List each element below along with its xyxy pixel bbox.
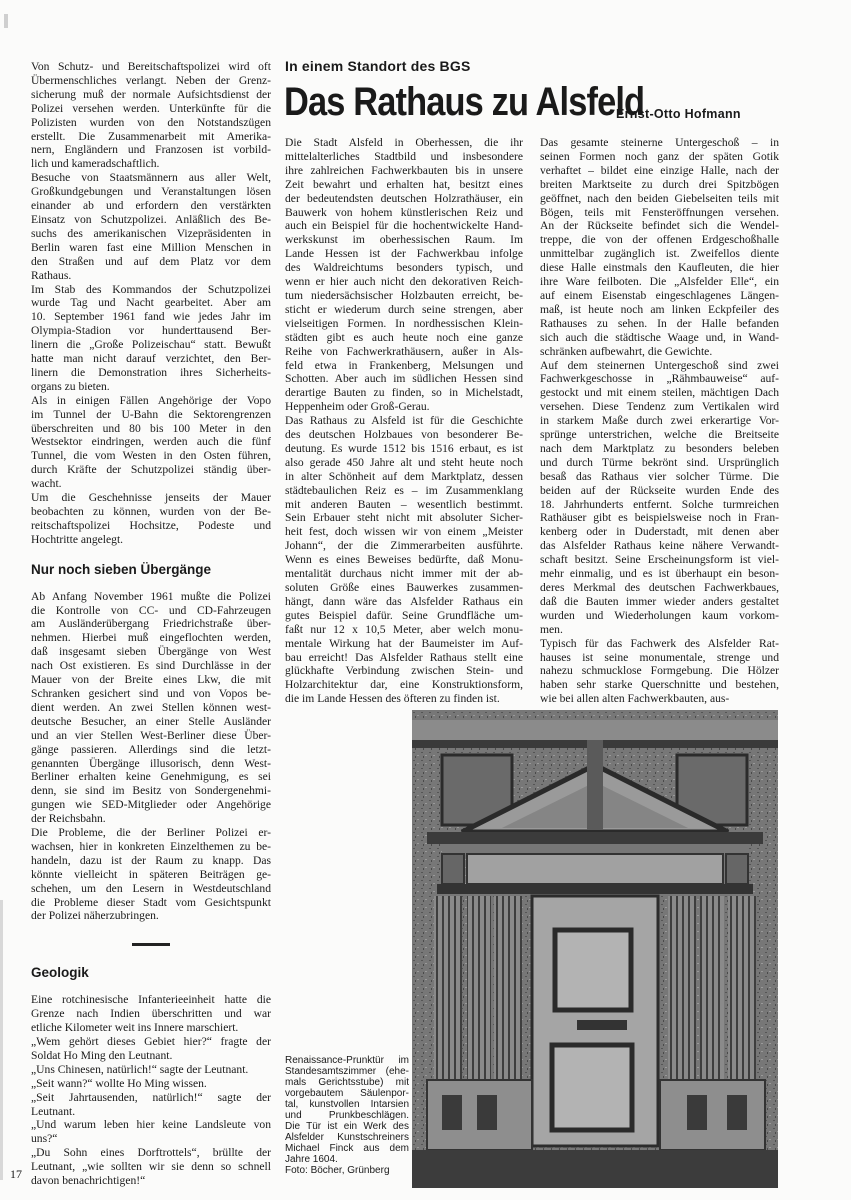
paragraph: Ab Anfang November 1961 mußte die Polize… xyxy=(31,590,271,826)
right-paragraphs: Das gesamte steinerne Untergeschoß – ins… xyxy=(540,136,779,706)
text-line: einander ab und erfordern den verstärkte… xyxy=(31,199,271,213)
text-line: ihre Ware feilboten. Die „Alsfelder Elle… xyxy=(540,275,779,289)
text-line: linern die „Große Polizeischau“ statt. B… xyxy=(31,338,271,352)
text-line: vielseitigen Formen. In nordhessischen K… xyxy=(285,317,523,331)
text-line: Schranken gesichert sind und von Vopos b… xyxy=(31,687,271,701)
paragraph: Um die Geschehnisse jenseits der Mauerbe… xyxy=(31,491,271,547)
text-line: schränken aufbewahrt, die Gewichte. xyxy=(540,345,779,359)
text-line: Das Rathaus zu Alsfeld ist für die Gesch… xyxy=(285,414,523,428)
text-line: Zeit bewahrt und erhalten hat, besitzt e… xyxy=(285,178,523,192)
text-line: unmittelbar zugänglich ist. Zweifellos d… xyxy=(540,247,779,261)
text-line: Das gesamte steinerne Untergeschoß – in xyxy=(540,136,779,150)
renaissance-door-photo xyxy=(412,710,778,1188)
text-line: überschreiten und 80 bis 100 Meter in de… xyxy=(31,422,271,436)
text-line: beiden auf der Rückseite wurden Ende des xyxy=(540,484,779,498)
text-line: Soldat Ho Ming den Leutnant. xyxy=(31,1049,271,1063)
paragraph: Typisch für das Fachwerk des Alsfelder R… xyxy=(540,637,779,707)
text-line: Polizei versehen werden. Unterkünfte für… xyxy=(31,102,271,116)
text-line: seinen Formen noch ganz der späten Gotik xyxy=(540,150,779,164)
text-line: der Reichsbahn. xyxy=(31,812,271,826)
text-line: mentale Wirkung hat der Baumeister im Au… xyxy=(285,637,523,651)
text-line: glückhafte Verbindung zwischen Stein- un… xyxy=(285,664,523,678)
text-line: haben sehr starke Querschnitte und beste… xyxy=(540,678,779,692)
paragraph: „Und warum leben hier keine Landsleute v… xyxy=(31,1118,271,1146)
text-line: und an vier Stellen West-Berliner diese … xyxy=(31,729,271,743)
text-line: sich auch die städtische Waage und, in W… xyxy=(540,331,779,345)
text-line: wacht. xyxy=(31,477,271,491)
door-illustration-icon xyxy=(412,710,778,1188)
text-line: Bögen, teils mit Fensteröffnungen verseh… xyxy=(540,206,779,220)
uebergaenge-paragraphs: Ab Anfang November 1961 mußte die Polize… xyxy=(31,590,271,924)
text-line: sprünge unterstrichen, welche die Breits… xyxy=(540,428,779,442)
left-column: Von Schutz- und Bereitschaftspolizei wir… xyxy=(31,60,271,1188)
text-line: deutsche Besucher, an einer Stelle Auslä… xyxy=(31,715,271,729)
text-line: im Tunnel der U-Bahn die Sektorengrenzen xyxy=(31,408,271,422)
intro-paragraphs: Von Schutz- und Bereitschaftspolizei wir… xyxy=(31,60,271,547)
text-line: Fachwerkgeschosse in „Rähmbauweise“ auf- xyxy=(540,372,779,386)
text-line: hängt, dann wäre das Alsfelder Rathaus e… xyxy=(285,595,523,609)
text-line: Heppenheim oder Groß-Gerau. xyxy=(285,400,523,414)
text-line: gungen wie SED-Mitglieder oder Angehörig… xyxy=(31,798,271,812)
text-line: sticht er wiederum durch seine strengen,… xyxy=(285,303,523,317)
paragraph: Das Rathaus zu Alsfeld ist für die Gesch… xyxy=(285,414,523,706)
text-line: gänge passieren. Allerdings sind die let… xyxy=(31,743,271,757)
paragraph: Die Stadt Alsfeld in Oberhessen, die ihr… xyxy=(285,136,523,414)
text-line: des Waldreichtums besonders typisch, und xyxy=(285,261,523,275)
text-line: die Probleme dieser Stadt vom Gesichtspu… xyxy=(31,896,271,910)
text-line: men. xyxy=(540,623,779,637)
text-line: „Wem gehört dieses Gebiet hier?“ fragte … xyxy=(31,1035,271,1049)
text-line: Besuche von Staatsmännern aus aller Welt… xyxy=(31,171,271,185)
paragraph: Besuche von Staatsmännern aus aller Welt… xyxy=(31,171,271,282)
text-line: Als in einigen Fällen Angehörige der Vop… xyxy=(31,394,271,408)
text-line: heit fest, doch wissen wir von einem „Me… xyxy=(285,525,523,539)
paragraph: Eine rotchinesische Infanterieeinheit ha… xyxy=(31,993,271,1035)
text-line: Polizisten wurden von den Notstandszügen xyxy=(31,116,271,130)
text-line: Grenze nach Indien überschritten und war xyxy=(31,1007,271,1021)
text-line: diese Halle einstmals den Kaufleuten, di… xyxy=(540,261,779,275)
text-line: Einsatz von Schutzpolizei. Anläßlich des… xyxy=(31,213,271,227)
article-author: Ernst-Otto Hofmann xyxy=(616,107,741,121)
caption-line: Jahre 1604. xyxy=(285,1154,409,1165)
text-line: könnte vielleicht in späteren Beiträgen … xyxy=(31,868,271,882)
text-line: in starkem Maße durch zwei erkerartige V… xyxy=(540,414,779,428)
section-heading-uebergaenge: Nur noch sieben Übergänge xyxy=(31,563,271,577)
text-line: durch Kräfte der Schutzpolizei ständig ü… xyxy=(31,463,271,477)
text-line: auf einem Eisenstab eingeschlagenes Läng… xyxy=(540,289,779,303)
text-line: Von Schutz- und Bereitschaftspolizei wir… xyxy=(31,60,271,74)
text-line: mittelalterliches Stadtbild und insbeson… xyxy=(285,150,523,164)
text-line: gutes Beispiel dafür. Seine Grundfläche … xyxy=(285,609,523,623)
text-line: am Ausländerübergang Friedrichstraße übe… xyxy=(31,617,271,631)
text-line: etliche Kilometer weit ins Innere marsch… xyxy=(31,1021,271,1035)
text-line: Eine rotchinesische Infanterieeinheit ha… xyxy=(31,993,271,1007)
caption-line: Renaissance-Prunktür im xyxy=(285,1055,409,1066)
text-line: daß insgesamt sieben Übergänge von West xyxy=(31,645,271,659)
caption-line: vorgebautem Säulenpor- xyxy=(285,1088,409,1099)
paragraph: Das gesamte steinerne Untergeschoß – ins… xyxy=(540,136,779,359)
text-line: „Du Sohn eines Dorftrottels“, brüllte de… xyxy=(31,1146,271,1160)
text-line: nach dem Marktplatz zu besonders beleben xyxy=(540,442,779,456)
text-line: Tunnel, die vom Westen in den Osten führ… xyxy=(31,449,271,463)
scan-edge-mark xyxy=(0,900,3,1180)
text-line: mentalität durchaus nicht immer mit der … xyxy=(285,567,523,581)
text-line: städtebaulichen Reiz es – im Zusammenkla… xyxy=(285,484,523,498)
caption-line: und Prunkbeschlägen. xyxy=(285,1110,409,1121)
text-line: „Uns Chinesen, natürlich!“ sagte der Leu… xyxy=(31,1063,271,1077)
text-line: „Und warum leben hier keine Landsleute v… xyxy=(31,1118,271,1132)
text-line: die Kontrolle von CC- und CD-Fahrzeugen xyxy=(31,604,271,618)
text-line: Johann“, der die Zimmerarbeiten ausführt… xyxy=(285,539,523,553)
text-line: Wenn es eines Beweises bedürfte, daß Mon… xyxy=(285,553,523,567)
caption-line: Die Tür ist ein Werk des xyxy=(285,1121,409,1132)
text-line: Holzarchitektur dar, eine Konstruktionsf… xyxy=(285,678,523,692)
text-line: denn, sie sind im Besitz von Sondergeneh… xyxy=(31,784,271,798)
paragraph: Auf dem steinernen Untergeschoß sind zwe… xyxy=(540,359,779,637)
text-line: in alter Schönheit auf dem Marktplatz, d… xyxy=(285,470,523,484)
photo-caption: Renaissance-Prunktür imStandesamtszimmer… xyxy=(285,1055,409,1176)
caption-text: Renaissance-Prunktür imStandesamtszimmer… xyxy=(285,1055,409,1165)
text-line: genannten Übergänge illusorisch, denn We… xyxy=(31,757,271,771)
text-line: Berliner erhalten keine Genehmigung, es … xyxy=(31,770,271,784)
text-line: nehmen. Hierbei muß eingeflochten werden… xyxy=(31,631,271,645)
caption-line: Standesamtszimmer (ehe- xyxy=(285,1066,409,1077)
text-line: erstellt. Die Zusammenarbeit mit Amerika… xyxy=(31,130,271,144)
text-line: Rathaus. xyxy=(31,269,271,283)
text-line: tum niedersächsischer Holzbauten erreich… xyxy=(285,289,523,303)
text-line: versehen. Diese Tendenz zum Vertikalen w… xyxy=(540,400,779,414)
text-line: schehen, um den Lesern in Westdeutschlan… xyxy=(31,882,271,896)
text-line: kenberg oder in Duderstadt, mit denen ab… xyxy=(540,525,779,539)
text-line: mehr einmalig, und es ist überhaupt ein … xyxy=(540,567,779,581)
geologik-paragraphs: Eine rotchinesische Infanterieeinheit ha… xyxy=(31,993,271,1188)
text-line: werkskunst im oberhessischen Raum. Im xyxy=(285,233,523,247)
text-line: Rathauses zu sehen. In der Halle befande… xyxy=(540,317,779,331)
text-line: deutung. Es wurde 1512 bis 1516 erbaut, … xyxy=(285,442,523,456)
section-divider xyxy=(132,943,170,946)
text-line: Reihe von Fachwerkrathäusern, außer in A… xyxy=(285,345,523,359)
text-line: Leutnant. xyxy=(31,1105,271,1119)
text-line: 18. Jahrhunderts entfernt. Solche turmre… xyxy=(540,498,779,512)
text-line: Westsektor eindringen, werden auch die f… xyxy=(31,435,271,449)
caption-line: Alsfelder Kunstschreiners xyxy=(285,1132,409,1143)
paragraph: Die Probleme, die der Berliner Polizei e… xyxy=(31,826,271,923)
text-line: Ab Anfang November 1961 mußte die Polize… xyxy=(31,590,271,604)
text-line: geöffnet, nach den beiden Giebelseiten t… xyxy=(540,192,779,206)
text-line: handeln, dazu ist der Raum zu knapp. Das xyxy=(31,854,271,868)
text-line: Olympia-Stadion vor hunderttausend Ber- xyxy=(31,324,271,338)
text-line: des deutschen Holzbaues von besonderer B… xyxy=(285,428,523,442)
text-line: hauses ist seine monumentale, strenge un… xyxy=(540,651,779,665)
text-line: beobachten zu können, wurden von der Be- xyxy=(31,505,271,519)
text-line: wenn er hier auch nicht den dekorativen … xyxy=(285,275,523,289)
text-line: Die Stadt Alsfeld in Oberhessen, die ihr xyxy=(285,136,523,150)
text-line: „Seit wann?“ wollte Ho Ming wissen. xyxy=(31,1077,271,1091)
text-line: Im Stab des Kommandos der Schutzpolizei xyxy=(31,283,271,297)
text-line: Übermenschliches verlangt. Neben der Gre… xyxy=(31,74,271,88)
photo-credit: Foto: Böcher, Grünberg xyxy=(285,1165,409,1176)
text-line: lich und kameradschaftlich. xyxy=(31,157,271,171)
text-line: Hochtritte angelegt. xyxy=(31,533,271,547)
text-line: reitschaftspolizei Hochsitze, Podeste un… xyxy=(31,519,271,533)
caption-line: tal, kunstvollen Intarsien xyxy=(285,1099,409,1110)
caption-line: mals Gerichtsstube) mit xyxy=(285,1077,409,1088)
paragraph: „Seit wann?“ wollte Ho Ming wissen. xyxy=(31,1077,271,1091)
right-column: Das gesamte steinerne Untergeschoß – ins… xyxy=(540,136,779,706)
text-line: Die Probleme, die der Berliner Polizei e… xyxy=(31,826,271,840)
paragraph: „Seit Jahrtausenden, natürlich!“ sagte d… xyxy=(31,1091,271,1119)
text-line: bau erreicht! Das Alsfelder Rathaus stel… xyxy=(285,651,523,665)
text-line: treppe, die von der offenen Erdgeschoßha… xyxy=(540,233,779,247)
text-line: breiten Marktseite zu durch drei Spitzbö… xyxy=(540,178,779,192)
text-line: suchs des amerikanischen Vizepräsidenten… xyxy=(31,227,271,241)
text-line: Rathäuser gibt es beispielsweise noch in… xyxy=(540,511,779,525)
text-line: davon benachrichtigen!“ xyxy=(31,1174,271,1188)
text-line: uns?“ xyxy=(31,1132,271,1146)
paragraph: „Uns Chinesen, natürlich!“ sagte der Leu… xyxy=(31,1063,271,1077)
text-line: städten gibt es auch heute noch eine gan… xyxy=(285,331,523,345)
text-line: besaß das Rathaus vier solcher Türme. Di… xyxy=(540,470,779,484)
text-line: ihre zahlreichen Fachwerkbauten bis in u… xyxy=(285,164,523,178)
text-line: nern, Engländern und Franzosen ist vorbi… xyxy=(31,143,271,157)
text-line: gestockt und mit einem steilen, mächtige… xyxy=(540,386,779,400)
text-line: nach Ost existieren. Es sind Durchlässe … xyxy=(31,659,271,673)
text-line: derartige Bauten zu finden, so in Michel… xyxy=(285,386,523,400)
page-number: 17 xyxy=(10,1167,22,1182)
text-line: Mauer von der Breite eines Lkw, die mit xyxy=(31,673,271,687)
text-line: daß die Bauten immer wieder anders gesta… xyxy=(540,595,779,609)
text-line: auch ein Beispiel für die hochentwickelt… xyxy=(285,219,523,233)
middle-column: Die Stadt Alsfeld in Oberhessen, die ihr… xyxy=(285,136,523,706)
article-headline: Das Rathaus zu Alsfeld xyxy=(284,82,644,122)
text-line: An der Rückseite befindet sich die Wende… xyxy=(540,219,779,233)
text-line: 10. September 1961 fand wie jedes Jahr i… xyxy=(31,310,271,324)
text-line: Bauwerk von hohem künstlerischen Reiz un… xyxy=(285,206,523,220)
paragraph: „Wem gehört dieses Gebiet hier?“ fragte … xyxy=(31,1035,271,1063)
text-line: wurden und Wiederholungen kaum vorkom- xyxy=(540,609,779,623)
article-kicker: In einem Standort des BGS xyxy=(285,58,470,74)
text-line: nahezu schmucklose Formgebung. Die Hölze… xyxy=(540,664,779,678)
text-line: linern die Demonstration ihres Sicherhei… xyxy=(31,366,271,380)
section-heading-geologik: Geologik xyxy=(31,966,271,980)
text-line: Auf dem steinernen Untergeschoß sind zwe… xyxy=(540,359,779,373)
text-line: soluten Größe eines Bauwerkes zusammen- xyxy=(285,581,523,595)
text-line: dient werden. An zwei Stellen können wes… xyxy=(31,701,271,715)
text-line: wurde Tag und Nacht gearbeitet. Aber am xyxy=(31,296,271,310)
text-line: Berlin waren fast eine Million Menschen … xyxy=(31,241,271,255)
text-line: organs zu bieten. xyxy=(31,380,271,394)
text-line: das Alsfelder Rathaus keine nähere Verwa… xyxy=(540,539,779,553)
middle-paragraphs: Die Stadt Alsfeld in Oberhessen, die ihr… xyxy=(285,136,523,706)
paragraph: „Du Sohn eines Dorftrottels“, brüllte de… xyxy=(31,1146,271,1188)
scan-edge-mark xyxy=(4,14,8,28)
text-line: „Seit Jahrtausenden, natürlich!“ sagte d… xyxy=(31,1091,271,1105)
text-line: Typisch für das Fachwerk des Alsfelder R… xyxy=(540,637,779,651)
paragraph: Als in einigen Fällen Angehörige der Vop… xyxy=(31,394,271,491)
text-line: verhaftet – bildet eine einzige Halle, n… xyxy=(540,164,779,178)
text-line: und durch Türme bekrönt sind. Ursprüngli… xyxy=(540,456,779,470)
text-line: wie bei allen alten Fachwerkbauten, aus- xyxy=(540,692,779,706)
text-line: schaft besitzt. Seine Erscheinungsform i… xyxy=(540,553,779,567)
text-line: Leutnant, „wie sollten wir sie denn so s… xyxy=(31,1160,271,1174)
text-line: feld etwa in Frankenberg, Melsungen und xyxy=(285,359,523,373)
text-line: also gerade 450 Jahre alt und steht heut… xyxy=(285,456,523,470)
text-line: die im Lande Hessen des öfteren zu finde… xyxy=(285,692,523,706)
caption-line: Michael Finck aus dem xyxy=(285,1143,409,1154)
text-line: Um die Geschehnisse jenseits der Mauer xyxy=(31,491,271,505)
text-line: Großkundgebungen und Veranstaltungen lös… xyxy=(31,185,271,199)
text-line: maß, ist heute noch am linken Eckpfeiler… xyxy=(540,303,779,317)
text-line: der Polizei näherzubringen. xyxy=(31,909,271,923)
text-line: wachsen, hier in konkreten Einzelthemen … xyxy=(31,840,271,854)
text-line: Lande Hessen ist der Fachwerkbau infolge xyxy=(285,247,523,261)
text-line: sicherung muß der normale Aufsichtsdiens… xyxy=(31,88,271,102)
text-line: Sein Erbauer steht nicht mit absoluter S… xyxy=(285,511,523,525)
text-line: der bedeutendsten deutschen Holzrathäuse… xyxy=(285,192,523,206)
text-line: mit anderen Bauten – wesentlich bestimmt… xyxy=(285,498,523,512)
text-line: deres Merkmal des deutschen Fachwerkbaue… xyxy=(540,581,779,595)
text-line: den Straßen und auf dem Platz vor dem xyxy=(31,255,271,269)
paragraph: Im Stab des Kommandos der Schutzpolizeiw… xyxy=(31,283,271,394)
paragraph: Von Schutz- und Bereitschaftspolizei wir… xyxy=(31,60,271,171)
text-line: faßt nur 12 x 10,5 Meter, aber welch mon… xyxy=(285,623,523,637)
text-line: hatte man nicht darauf verzichtet, den B… xyxy=(31,352,271,366)
text-line: Schotten. Aber auch im südlichen Hessen … xyxy=(285,372,523,386)
